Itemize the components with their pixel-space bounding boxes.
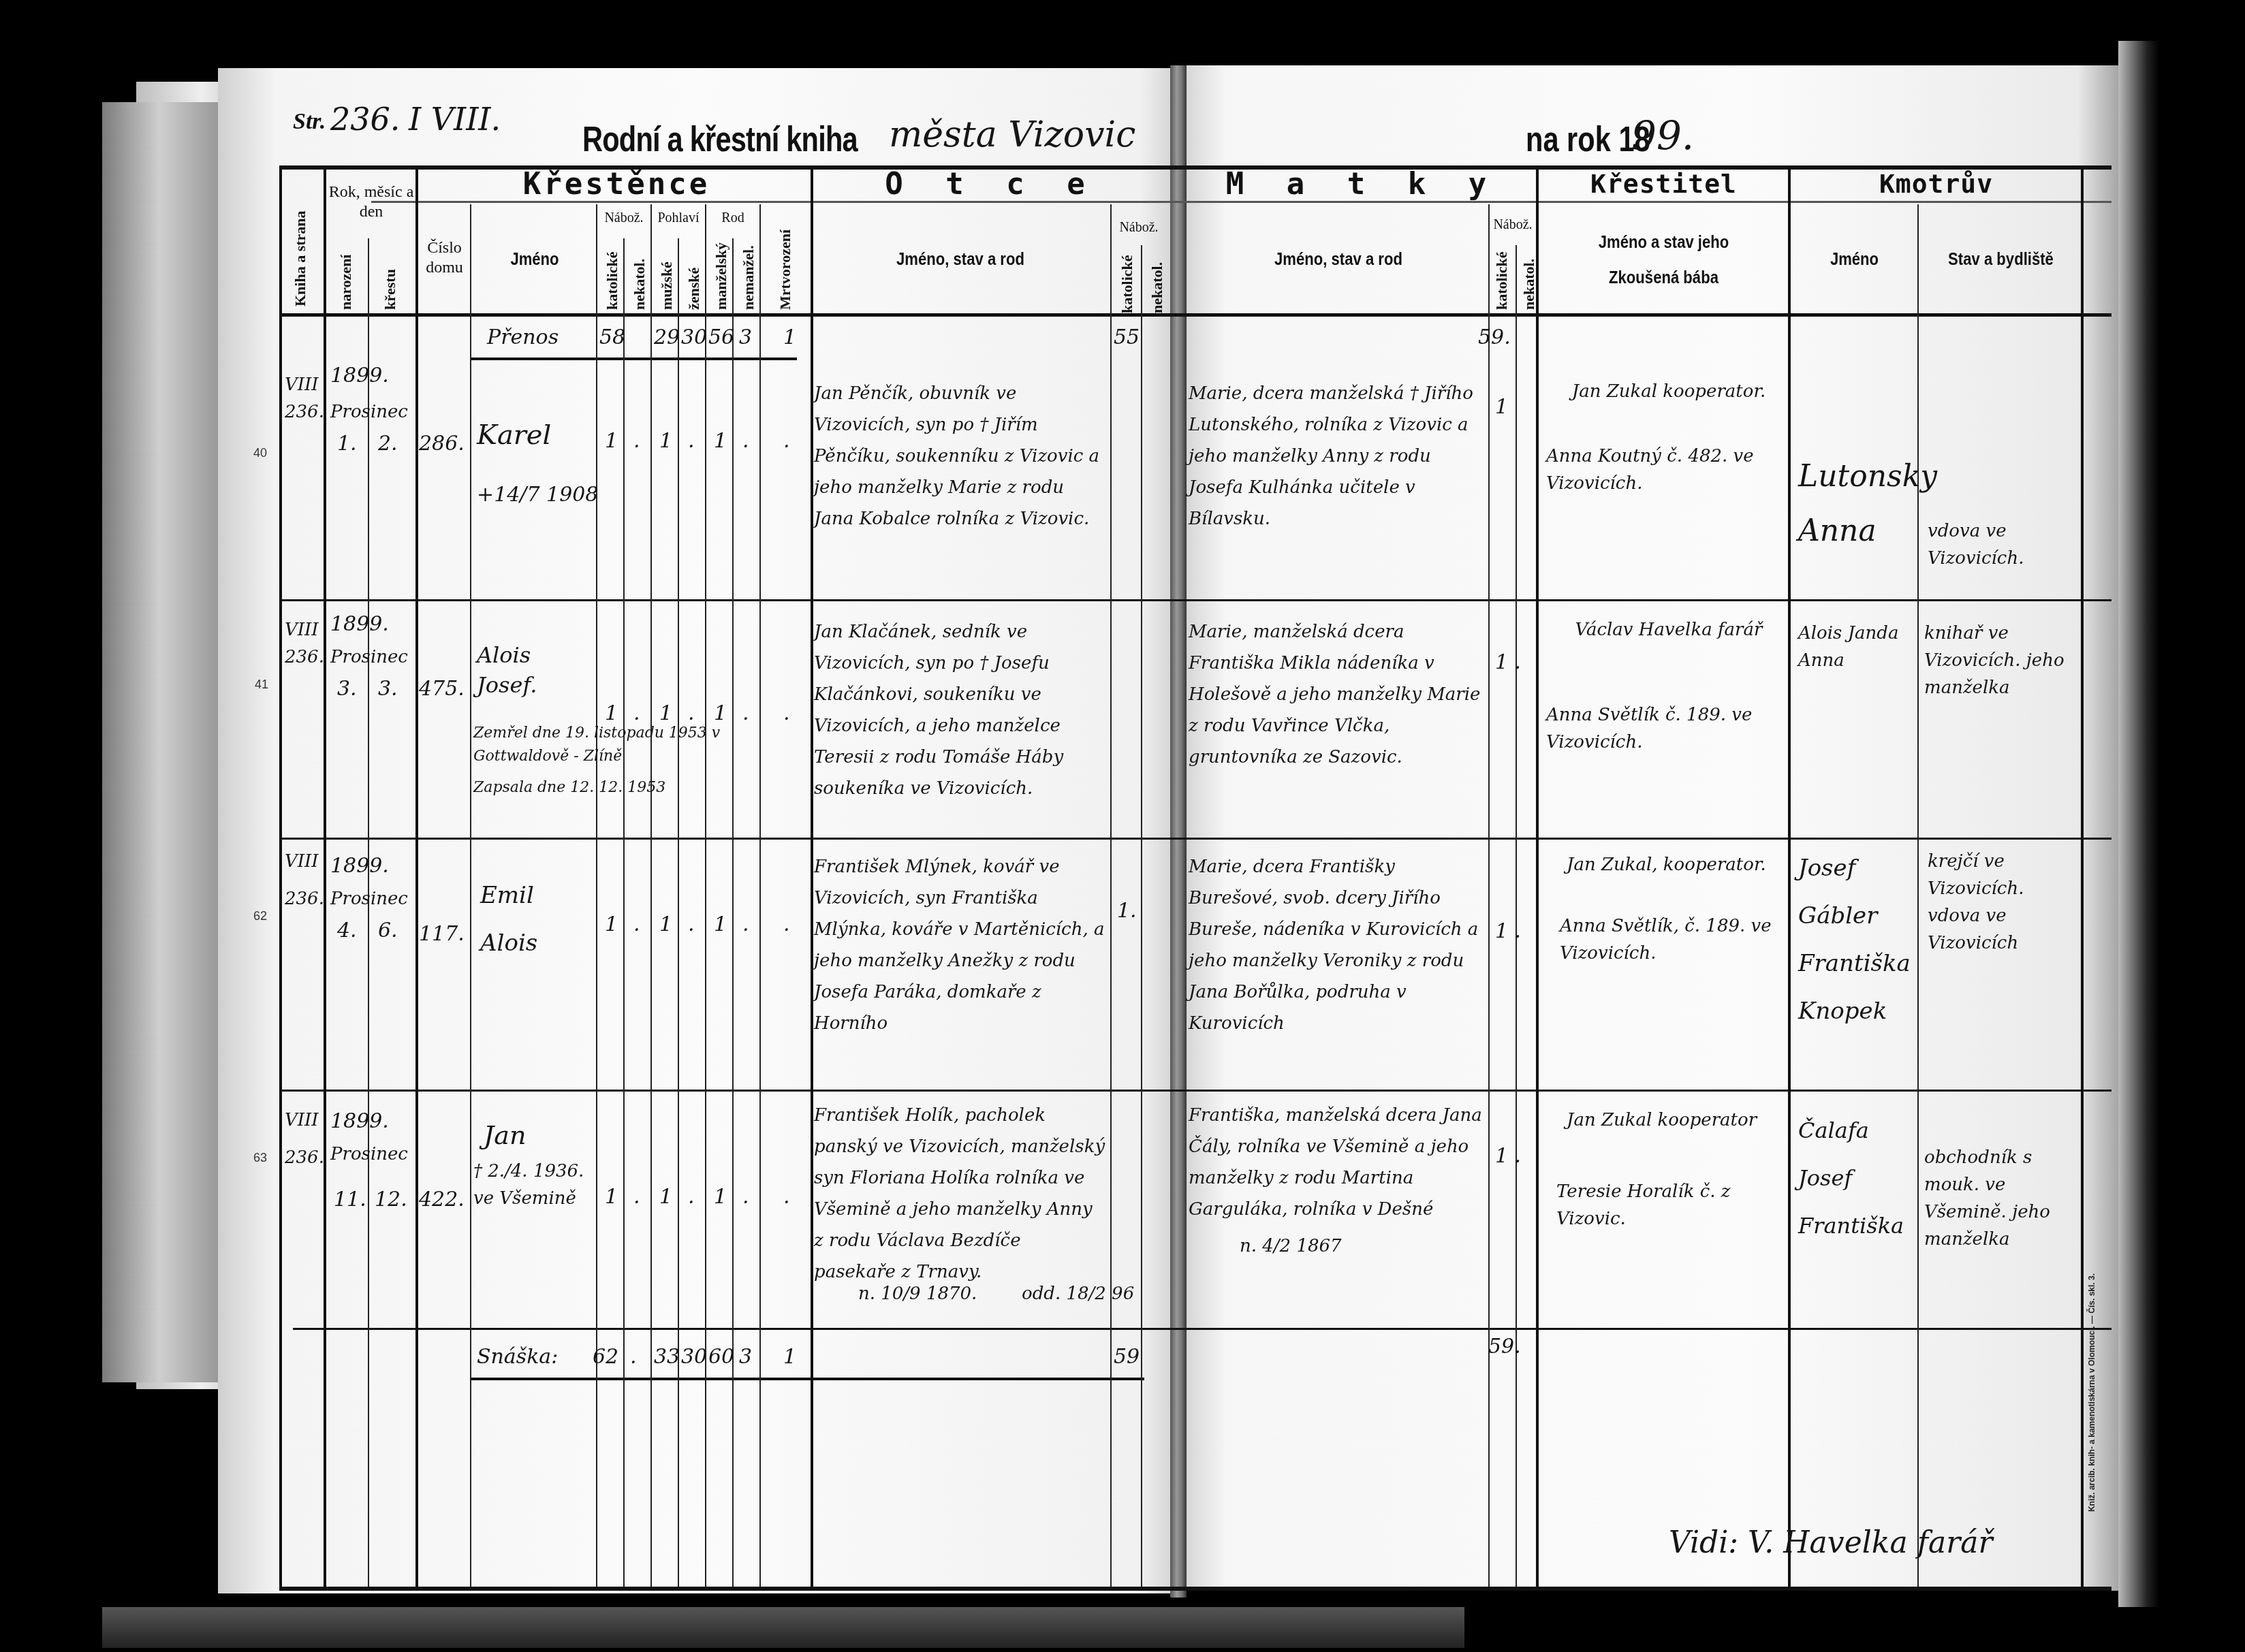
entry-otec: František Mlýnek, kovář ve Vizovicích, s… bbox=[814, 851, 1107, 1039]
entry-matka: Marie, dcera manželská † Jiřího Lutonské… bbox=[1189, 378, 1485, 535]
entry-muzske: 1 bbox=[659, 1185, 672, 1209]
header-cislo-domu: Číslo domu bbox=[419, 238, 470, 278]
entry-baba: Anna Koutný č. 482. ve Vizovicích. bbox=[1546, 443, 1778, 497]
entry-nemanzel: . bbox=[742, 429, 749, 453]
entry-krestitel: Jan Zukal kooperator bbox=[1567, 1107, 1771, 1134]
entry-poznamka: Zemřel dne 19. listopadu 1953 v Gottwald… bbox=[473, 722, 814, 768]
entry-manzelsky: 1 bbox=[714, 701, 727, 725]
header-mrtvorozeni: Mrtvorození bbox=[776, 218, 794, 310]
entry-rok: 1899. bbox=[330, 848, 389, 885]
entry-strana: 236. bbox=[285, 644, 324, 671]
col-rule bbox=[596, 204, 597, 1587]
table-bottom-rule bbox=[279, 1587, 2111, 1591]
section-krestence: Křestěnce bbox=[422, 167, 811, 202]
entry-krestu: 6. bbox=[378, 912, 398, 949]
entry-otec: František Holík, pacholek panský ve Vizo… bbox=[814, 1100, 1107, 1288]
entry-mrtvorozeni: . bbox=[783, 701, 790, 725]
entry-muzske: 1 bbox=[659, 912, 672, 936]
col-rule bbox=[1516, 245, 1517, 1587]
entry-baba: Anna Světlík, č. 189. ve Vizovicích. bbox=[1560, 912, 1785, 967]
header-kniha-a-strana: Kniha a strana bbox=[292, 204, 309, 306]
col-rule bbox=[705, 204, 706, 1587]
col-rule bbox=[470, 204, 471, 1587]
entry-nekatol: . bbox=[633, 1185, 640, 1209]
header-krestu: křestu bbox=[381, 262, 399, 310]
entry-nekatol: . bbox=[633, 701, 640, 725]
header-jmeno: Jméno bbox=[483, 249, 587, 270]
entry-cislo-domu: 422. bbox=[419, 1181, 465, 1218]
header-rod: Rod bbox=[706, 210, 759, 226]
right-page bbox=[1178, 65, 2125, 1591]
col-rule bbox=[1788, 165, 1791, 1589]
entry-kmotr-jmeno: Čalafa Josef Františka bbox=[1798, 1107, 1917, 1250]
carry-over-manzelsky: 56 bbox=[708, 325, 734, 349]
entry-muzske: 1 bbox=[659, 701, 672, 725]
header-naboz: Nábož. bbox=[597, 210, 650, 226]
entry-nekatol: . bbox=[633, 912, 640, 936]
entry-baba: Anna Světlík č. 189. ve Vizovicích. bbox=[1546, 701, 1778, 756]
entry-kniha: VIII bbox=[285, 848, 319, 875]
header-bottom-rule bbox=[279, 313, 2111, 317]
summary-manzelsky: 60 bbox=[708, 1345, 734, 1369]
col-rule bbox=[732, 238, 734, 1587]
entry-otec-oddan: odd. 18/2 96 bbox=[1022, 1280, 1134, 1307]
entry-matka-poznamka: n. 4/2 1867 bbox=[1240, 1233, 1342, 1260]
entry-mesic: Prosinec bbox=[330, 398, 408, 426]
page-label: Str. bbox=[293, 109, 326, 135]
carry-over-otce-katolicke: 55 bbox=[1114, 325, 1140, 349]
summary-katolicke: 62 bbox=[593, 1345, 618, 1369]
entry-jmeno: Alois Josef. bbox=[477, 640, 593, 700]
header-matky-naboz: Nábož. bbox=[1490, 217, 1536, 233]
entry-strana: 236. bbox=[285, 1144, 324, 1171]
summary-nemanzel: 3 bbox=[739, 1345, 752, 1369]
entry-mrtvorozeni: . bbox=[783, 1185, 790, 1209]
entry-narozeni: 11. bbox=[334, 1181, 366, 1218]
col-rule bbox=[650, 204, 652, 1587]
carry-over-zenske: 30 bbox=[681, 325, 707, 349]
entry-poznamka: +14/7 1908 bbox=[477, 477, 598, 513]
carry-over-label: Přenos bbox=[487, 325, 559, 349]
entry-zenske: . bbox=[688, 429, 695, 453]
entry-jmeno: Karel bbox=[477, 417, 551, 454]
entry-krestu: 2. bbox=[378, 426, 398, 462]
summary-zenske: 30 bbox=[681, 1345, 707, 1369]
register-town: města Vizovic bbox=[889, 114, 1135, 155]
entry-katolicke: 1 bbox=[605, 1185, 618, 1209]
entry-nemanzel: . bbox=[742, 1185, 749, 1209]
header-otce-nekatol: nekatol. bbox=[1148, 255, 1166, 313]
entry-nemanzel: . bbox=[742, 701, 749, 725]
entry-matka: Františka, manželská dcera Jana Čály, ro… bbox=[1189, 1100, 1485, 1225]
summary-rule bbox=[470, 1378, 1144, 1380]
carry-over-muzske: 29 bbox=[654, 325, 680, 349]
entry-rok: 1899. bbox=[330, 358, 389, 394]
section-otce: O t c e bbox=[814, 167, 1168, 202]
entry-mesic: Prosinec bbox=[330, 885, 408, 912]
col-rule bbox=[1536, 165, 1539, 1589]
header-zkousena-baba: Zkoušená bába bbox=[1558, 267, 1769, 288]
entry-manzelsky: 1 bbox=[714, 912, 727, 936]
col-rule bbox=[324, 165, 326, 1589]
entry-cislo-domu: 475. bbox=[419, 671, 465, 708]
entry-matka: Marie, dcera Františky Burešové, svob. d… bbox=[1189, 851, 1485, 1039]
entry-otec-naboz: 1. bbox=[1117, 899, 1137, 923]
header-otce-katolicke: katolické bbox=[1118, 252, 1136, 313]
header-manzelsky: manželský bbox=[712, 242, 730, 310]
entry-rok: 1899. bbox=[330, 1103, 389, 1140]
header-matky-katolicke: katolické bbox=[1493, 249, 1511, 310]
summary-otce-katolicke: 59 bbox=[1114, 1345, 1140, 1369]
entry-poznamka2: Zapsala dne 12. 12. 1953 bbox=[473, 776, 746, 799]
entry-matka: Marie, manželská dcera Františka Mikla n… bbox=[1189, 616, 1485, 773]
entry-manzelsky: 1 bbox=[714, 429, 727, 453]
entry-kmotr-jmeno: Lutonsky Anna bbox=[1798, 449, 1917, 558]
book-bottom-edge bbox=[102, 1607, 1464, 1648]
volume-number: I VIII. bbox=[409, 101, 501, 138]
col-rule bbox=[415, 165, 418, 1589]
carry-over-mrtvorozeni: 1 bbox=[783, 325, 796, 349]
entry-jmeno: Jan bbox=[484, 1117, 526, 1154]
entry-nekatol: . bbox=[633, 429, 640, 453]
entry-strana: 236. bbox=[285, 398, 322, 426]
col-rule bbox=[1110, 204, 1112, 1587]
entry-otec-poznamka: n. 10/9 1870. bbox=[858, 1280, 977, 1307]
carry-over-matky-katolicke: 59. bbox=[1478, 325, 1511, 349]
register-title: Rodní a křestní kniha bbox=[582, 119, 858, 160]
entry-zenske: . bbox=[688, 1185, 695, 1209]
register-year: 99. bbox=[1631, 112, 1694, 159]
entry-katolicke: 1 bbox=[605, 912, 618, 936]
section-matky: M a t k y bbox=[1189, 167, 1536, 202]
priest-signature: Vidi: V. Havelka farář bbox=[1669, 1525, 1992, 1560]
margin-number: 62 bbox=[253, 909, 267, 923]
col-rule bbox=[1917, 204, 1919, 1587]
entry-strana: 236. bbox=[285, 885, 324, 912]
book-gutter bbox=[1170, 65, 1187, 1598]
row-divider-2 bbox=[279, 838, 2111, 840]
header-zenske: ženské bbox=[685, 262, 703, 310]
carry-over-nemanzel: 3 bbox=[739, 325, 752, 349]
header-kmotr-jmeno: Jméno bbox=[1801, 249, 1908, 270]
book-edge bbox=[2118, 41, 2159, 1607]
header-krestitel-jmeno: Jméno a stav jeho bbox=[1558, 232, 1769, 253]
entry-narozeni: 4. bbox=[337, 912, 357, 949]
header-katolicke: katolické bbox=[603, 245, 621, 310]
entry-otec: Jan Pěnčík, obuvník ve Vizovicích, syn p… bbox=[814, 378, 1107, 535]
row-divider-1 bbox=[279, 599, 2111, 601]
carry-over-katolicke: 58 bbox=[599, 325, 625, 349]
col-rule bbox=[811, 165, 813, 1589]
summary-mrtvorozeni: 1 bbox=[783, 1345, 796, 1369]
col-rule bbox=[1488, 204, 1490, 1587]
entry-mrtvorozeni: . bbox=[783, 429, 790, 453]
entry-krestitel: Jan Zukal kooperator. bbox=[1567, 378, 1771, 405]
header-muzske: mužské bbox=[658, 262, 676, 310]
entry-nemanzel: . bbox=[742, 912, 749, 936]
summary-matky-katolicke: 59. bbox=[1488, 1335, 1521, 1359]
col-rule bbox=[759, 204, 761, 1587]
entry-kmotr-jmeno: Alois Janda Anna bbox=[1798, 620, 1917, 674]
summary-muzske: 33 bbox=[654, 1345, 680, 1369]
header-pohlavi: Pohlaví bbox=[652, 210, 705, 226]
margin-number: 40 bbox=[253, 446, 267, 460]
entry-narozeni: 3. bbox=[337, 671, 357, 708]
col-rule bbox=[2081, 165, 2084, 1589]
header-otce-naboz: Nábož. bbox=[1112, 219, 1166, 236]
entry-kmotr-stav: obchodník s mouk. ve Všemině. jeho manže… bbox=[1924, 1144, 2077, 1253]
row-divider-4 bbox=[293, 1328, 2111, 1330]
header-nekatol: nekatol. bbox=[631, 249, 648, 310]
entry-kniha: VIII bbox=[285, 616, 319, 644]
entry-cislo-domu: 286. bbox=[419, 426, 465, 462]
header-narozeni: narození bbox=[337, 249, 355, 310]
margin-number: 41 bbox=[255, 678, 268, 692]
page-number: 236. bbox=[330, 101, 400, 138]
entry-muzske: 1 bbox=[659, 429, 672, 453]
entry-narozeni: 1. bbox=[337, 426, 357, 462]
row-divider-3 bbox=[279, 1090, 2111, 1092]
header-matky-nekatol: nekatol. bbox=[1520, 252, 1538, 310]
entry-matka-naboz: 1 . bbox=[1495, 650, 1521, 674]
entry-otec: Jan Klačánek, sedník ve Vizovicích, syn … bbox=[814, 616, 1107, 804]
entry-kmotr-stav: vdova ve Vizovicích. bbox=[1928, 518, 2077, 572]
entry-krestu: 12. bbox=[375, 1181, 407, 1218]
section-krestitel: Křestitel bbox=[1539, 169, 1788, 199]
entry-kniha: VIII bbox=[285, 1107, 319, 1134]
entry-kmotr-stav: krejčí ve Vizovicích. vdova ve Vizovicíc… bbox=[1928, 848, 2077, 957]
header-rok-mesic-den: Rok, měsíc a den bbox=[327, 182, 415, 222]
entry-baba: Teresie Horalík č. z Vizovic. bbox=[1556, 1178, 1781, 1233]
entry-matka-naboz: 1 . bbox=[1495, 919, 1521, 943]
entry-krestitel: Václav Havelka farář bbox=[1567, 616, 1771, 644]
entry-rok: 1899. bbox=[330, 606, 389, 643]
header-nemanzel: nemanžel. bbox=[740, 245, 757, 310]
entry-mesic: Prosinec bbox=[330, 1141, 408, 1168]
summary-nekatol: . bbox=[630, 1345, 637, 1369]
col-rule bbox=[1141, 245, 1142, 1587]
entry-kmotr-jmeno: Josef Gábler Františka Knopek bbox=[1798, 844, 1917, 1035]
col-rule bbox=[623, 238, 625, 1587]
entry-jmeno: Emil Alois bbox=[480, 872, 589, 967]
entry-krestitel: Jan Zukal, kooperator. bbox=[1567, 851, 1771, 878]
entry-mesic: Prosinec bbox=[330, 644, 408, 671]
margin-number: 63 bbox=[253, 1151, 267, 1165]
entry-poznamka: † 2./4. 1936. ve Všemině bbox=[473, 1158, 596, 1212]
entry-katolicke: 1 bbox=[605, 429, 618, 453]
header-kmotr-stav: Stav a bydliště bbox=[1933, 249, 2069, 270]
section-kmotruv: Kmotrův bbox=[1791, 169, 2081, 199]
entry-zenske: . bbox=[688, 912, 695, 936]
summary-label: Snáška: bbox=[477, 1345, 558, 1369]
entry-kmotr-stav: knihař ve Vizovicích. jeho manželka bbox=[1924, 620, 2077, 701]
entry-matka-naboz: 1 bbox=[1495, 395, 1508, 419]
entry-cislo-domu: 117. bbox=[419, 916, 465, 953]
entry-katolicke: 1 bbox=[605, 701, 618, 725]
entry-manzelsky: 1 bbox=[714, 1185, 727, 1209]
header-matky-jmeno: Jméno, stav a rod bbox=[1214, 249, 1463, 270]
entry-mrtvorozeni: . bbox=[783, 912, 790, 936]
col-rule bbox=[678, 238, 679, 1587]
entry-matka-naboz: 1 . bbox=[1495, 1144, 1521, 1168]
col-rule bbox=[368, 238, 369, 1587]
col-rule bbox=[279, 165, 282, 1589]
entry-krestu: 3. bbox=[378, 671, 398, 708]
header-otce-jmeno: Jméno, stav a rod bbox=[839, 249, 1082, 270]
carry-over-rule bbox=[470, 358, 797, 360]
entry-zenske: . bbox=[688, 701, 695, 725]
printer-note: Kniž. arcib. knih- a kamenotiskárna v Ol… bbox=[2087, 1273, 2097, 1512]
entry-kniha: VIII bbox=[285, 371, 322, 398]
